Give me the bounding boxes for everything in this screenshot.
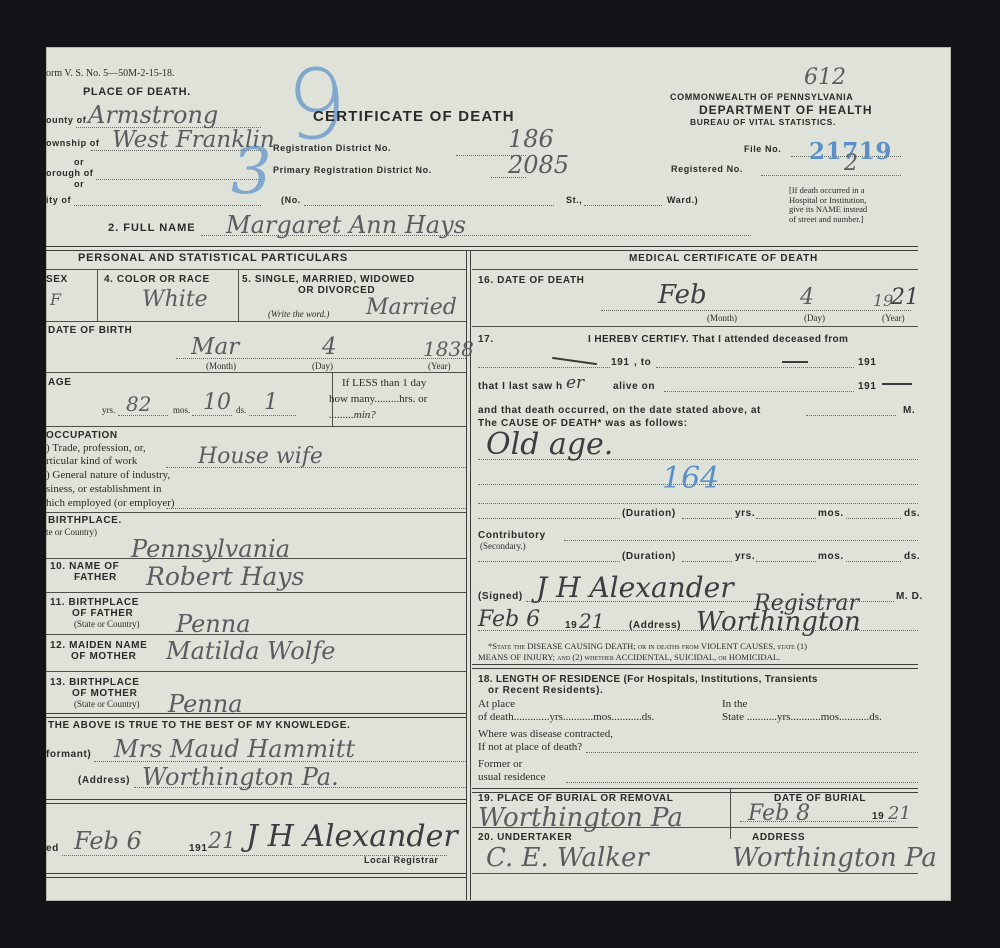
registered-no-label: Registered No. [671,164,743,174]
marital-label-1: 5. SINGLE, MARRIED, WIDOWED [242,274,415,285]
dob-label: DATE OF BIRTH [48,325,132,336]
or-label: or [74,179,84,189]
personal-heading: PERSONAL AND STATISTICAL PARTICULARS [78,252,348,264]
dod-month: Feb [658,280,707,310]
year-caption: (Year) [428,361,451,371]
occupation-industry-label: ) General nature of industry, [46,469,170,481]
rule [46,426,466,427]
informant-label: formant) [46,749,91,760]
cause-of-death-value: Old age. [486,427,613,462]
secondary-label: (Secondary.) [480,541,526,551]
signed-date: Feb 6 [478,607,540,632]
rule [46,512,466,513]
dob-day: 4 [322,334,337,360]
to-year: 191 [858,357,877,368]
mother-birthplace-label: (State or Country) [74,699,140,709]
rule [46,592,466,593]
from-year: 191 [611,357,630,368]
filed-label: ed [46,843,59,854]
alive-on-year: 191 [858,381,877,392]
department-heading: DEPARTMENT OF HEALTH [699,103,873,117]
rule [238,269,239,321]
death-time-line [806,415,896,416]
rule [472,873,918,874]
rule [46,671,466,672]
occupation-trade-label: rticular kind of work [46,455,137,467]
contracted-line [586,752,918,753]
burial-date-value: Feb 8 [748,801,810,826]
yrs-label: yrs. [735,551,755,562]
last-saw-label: that I last saw h [478,381,563,392]
header-divider [46,246,918,251]
physician-address-value: Worthington [696,607,861,637]
former-residence-line [566,782,918,783]
month-caption: (Month) [707,313,737,323]
hospital-note-line: of street and number.] [789,215,867,225]
father-birthplace-label: OF FATHER [72,608,133,619]
undertaker-value: C. E. Walker [486,843,649,873]
hospital-note: [If death occurred in a Hospital or Inst… [789,186,867,224]
contracted-label: If not at place of death? [478,741,582,753]
duration-label: (Duration) [622,508,676,519]
burial-year-prefix: 19 [872,811,884,822]
registration-district-value: 186 [508,125,554,153]
registered-no-value: 2 [844,151,858,176]
local-registrar-caption: Local Registrar [364,855,439,865]
age-days: 1 [264,390,278,415]
certify-text: I HEREBY CERTIFY. That I attended deceas… [588,334,848,345]
ds-label: ds. [904,508,920,519]
mother-birthplace-label: 13. BIRTHPLACE [50,677,140,688]
signed-year-suffix: 21 [579,609,604,633]
footnote: *State the DISEASE CAUSING DEATH; or in … [488,641,807,651]
month-caption: (Month) [206,361,236,371]
day-caption: (Day) [312,361,333,371]
duration-ds-line [846,561,901,562]
at-place-fields: of death.............yrs...........mos..… [478,711,654,723]
occupation-industry-label: hich employed (or employer) [46,497,175,509]
mos-label: mos. [818,508,844,519]
occupation-value: House wife [198,444,323,469]
marital-value: Married [366,295,457,320]
duration-label: (Duration) [622,551,676,562]
duration-yrs-line [682,518,732,519]
former-residence-label: usual residence [478,771,546,783]
footnote: MEANS OF INJURY; and (2) whether ACCIDEN… [478,652,780,662]
birthplace-label: BIRTHPLACE. [48,515,122,526]
age-years: 82 [126,392,151,416]
residence-heading: or Recent Residents). [488,685,603,696]
street-line [304,205,554,206]
ward-label: Ward.) [667,195,698,205]
occupation-industry-label: siness, or establishment in [46,483,162,495]
birthplace-sub: te or Country) [46,527,97,537]
filed-date: Feb 6 [74,827,142,855]
undertaker-label: 20. UNDERTAKER [478,832,572,843]
street-label: St., [566,195,582,205]
rule [472,664,918,669]
duration-mos-line [756,561,816,562]
color-race-label: 4. COLOR OR RACE [104,274,210,285]
rule [472,269,918,270]
burial-year-suffix: 21 [888,803,911,824]
rule [46,799,466,804]
undertaker-address-label: ADDRESS [752,832,805,843]
dob-month: Mar [191,334,239,360]
in-state-label: In the [722,698,747,710]
contributory-line [564,540,918,541]
last-saw-pronoun: er [566,373,584,393]
rule [46,873,466,878]
contributory-label: Contributory [478,530,546,541]
less-than-day-note: how many.........hrs. or [329,393,427,405]
registrar-signature: J H Alexander [246,819,458,854]
filed-year-prefix: 191 [189,843,208,854]
father-name-label: 10. NAME OF [50,561,119,572]
cause-line [478,503,918,504]
rule [46,269,466,270]
year-caption: (Year) [882,313,905,323]
to-label: , to [634,357,651,368]
ds-label: ds. [904,551,920,562]
annotation-3: 3 [231,135,272,209]
date-of-death-label: 16. DATE OF DEATH [478,275,585,286]
rule [97,269,98,321]
rule [46,634,466,635]
primary-registration-value: 2085 [508,151,569,179]
borough-label: orough of [46,168,93,178]
marital-label-2: OR DIVORCED [298,285,375,296]
registered-no-line [761,175,901,176]
residence-heading: 18. LENGTH OF RESIDENCE (For Hospitals, … [478,674,818,685]
age-days-line [249,415,296,416]
sex-label: SEX [46,274,68,285]
file-no-label: File No. [744,144,781,154]
cause-code: 164 [662,461,719,496]
father-birthplace-label: 11. BIRTHPLACE [50,597,139,608]
commonwealth-heading: COMMONWEALTH OF PENNSYLVANIA [670,92,853,102]
mother-name-value: Matilda Wolfe [166,637,335,665]
death-certificate: orm V. S. No. 5—50M-2-15-18. PLACE OF DE… [46,47,951,901]
form-number: orm V. S. No. 5—50M-2-15-18. [46,68,175,79]
age-months: 10 [203,390,231,415]
place-of-death-heading: PLACE OF DEATH. [83,86,191,98]
less-than-day-note: If LESS than 1 day [342,377,426,389]
duration-line [478,561,620,562]
rule [472,827,918,828]
filed-year-suffix: 21 [208,829,236,854]
alive-on-line [664,391,854,392]
ds-label: ds. [236,405,246,415]
occupation-label: OCCUPATION [46,430,118,441]
alive-on-dash [882,383,912,385]
rule [730,789,731,839]
former-residence-label: Former or [478,758,522,770]
alive-on-label: alive on [613,381,655,392]
informant-address-value: Worthington Pa. [142,763,339,791]
mos-label: mos. [818,551,844,562]
dob-year: 1838 [423,337,474,361]
contracted-label: Where was disease contracted, [478,728,613,740]
father-name-value: Robert Hays [146,562,304,591]
father-birthplace-label: (State or Country) [74,619,140,629]
meridiem-label: M. [903,405,915,416]
page-annotation: 612 [804,65,846,90]
to-date-line [656,367,854,368]
death-occurred-text: and that death occurred, on the date sta… [478,405,761,416]
color-race-value: White [142,287,208,312]
physician-address-label: (Address) [629,620,681,631]
occupation-trade-label: ) Trade, profession, or, [46,442,146,454]
duration-mos-line [756,518,816,519]
ward-line [584,205,662,206]
township-label: ownship of [46,138,100,148]
mos-label: mos. [173,405,190,415]
from-date-dash [552,357,597,365]
day-caption: (Day) [804,313,825,323]
rule [46,713,466,718]
industry-line [166,508,466,509]
true-statement: THE ABOVE IS TRUE TO THE BEST OF MY KNOW… [48,720,350,731]
father-name-label: FATHER [74,572,117,583]
md-label: M. D. [896,591,923,602]
to-date-dash [782,361,808,363]
county-label: ounty of [46,115,86,125]
yrs-label: yrs. [735,508,755,519]
burial-place-value: Worthington Pa [478,803,683,833]
duration-ds-line [846,518,901,519]
rule [46,372,466,373]
age-months-line [192,415,232,416]
county-value: Armstrong [88,101,218,129]
in-state-fields: State ...........yrs...........mos......… [722,711,882,723]
or-label: or [74,157,84,167]
signed-label: (Signed) [478,591,523,602]
street-no-label: (No. [281,195,301,205]
undertaker-address-value: Worthington Pa [732,843,937,873]
from-date-line [478,367,610,368]
duration-yrs-line [682,561,732,562]
item-17-label: 17. [478,334,494,345]
full-name-label: 2. FULL NAME [108,222,196,234]
at-place-label: At place [478,698,515,710]
informant-value: Mrs Maud Hammitt [114,735,355,763]
signed-year-prefix: 19 [565,620,577,631]
primary-registration-label: Primary Registration District No. [273,165,432,175]
yrs-label: yrs. [102,405,115,415]
rule [46,321,466,322]
informant-address-label: (Address) [78,775,130,786]
rule [472,326,918,327]
rule [46,558,466,559]
full-name-value: Margaret Ann Hays [226,211,466,239]
medical-heading: MEDICAL CERTIFICATE OF DEATH [629,253,818,264]
physician-signature: J H Alexander [536,571,734,604]
dod-year-suffix: 21 [891,285,919,310]
sex-value: F [50,290,61,309]
write-word-caption: (Write the word.) [268,309,329,319]
dod-day: 4 [800,285,814,310]
registration-district-label: Registration District No. [273,143,391,153]
dod-line [601,310,911,311]
certificate-title: CERTIFICATE OF DEATH [313,108,515,125]
duration-line [478,518,620,519]
bureau-heading: BUREAU OF VITAL STATISTICS. [690,117,836,127]
less-than-day-note: .........min? [329,409,376,421]
mother-name-label: 12. MAIDEN NAME [50,640,147,651]
city-label: ity of [46,195,71,205]
mother-birthplace-label: OF MOTHER [72,688,137,699]
age-label: AGE [48,377,71,388]
mother-name-label: OF MOTHER [71,651,136,662]
